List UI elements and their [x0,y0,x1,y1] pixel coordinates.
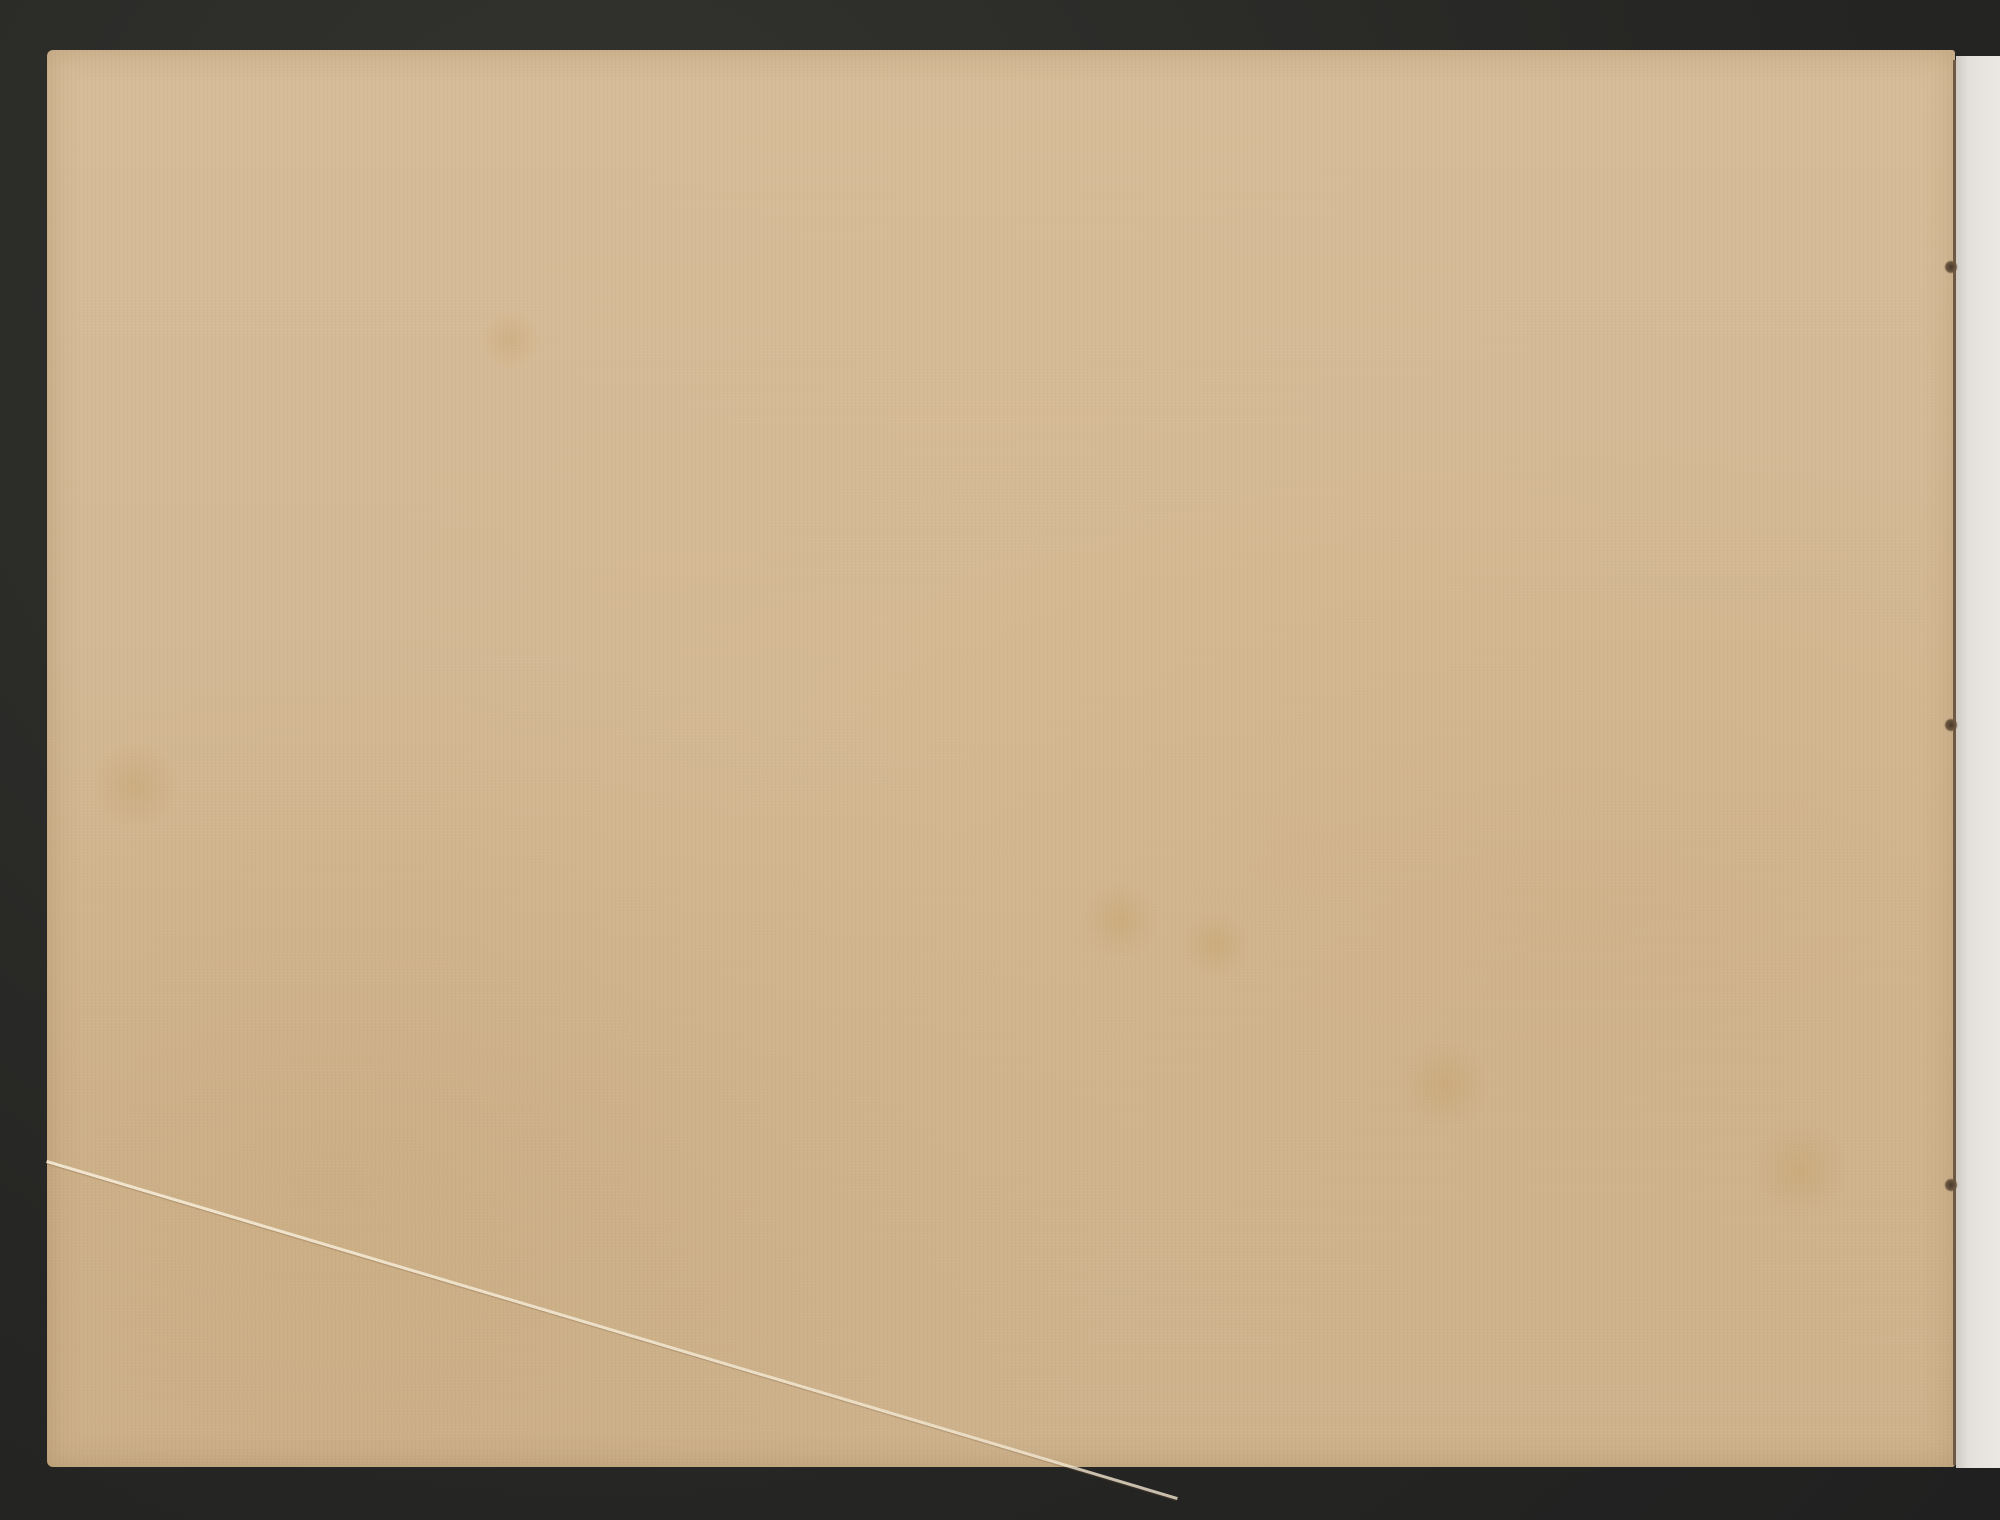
binding-stitch-icon [1944,718,1958,732]
booklet-page [47,50,1955,1467]
binding-stitch-icon [1944,1178,1958,1192]
paper-stain [1080,880,1160,960]
next-page-edge [1956,56,2000,1468]
paper-stain [1750,1120,1850,1220]
paper-stain [90,740,180,830]
paper-stain [1400,1040,1490,1130]
binding-stitch-icon [1944,260,1958,274]
paper-stain [480,310,540,370]
paper-stain [1180,910,1250,980]
